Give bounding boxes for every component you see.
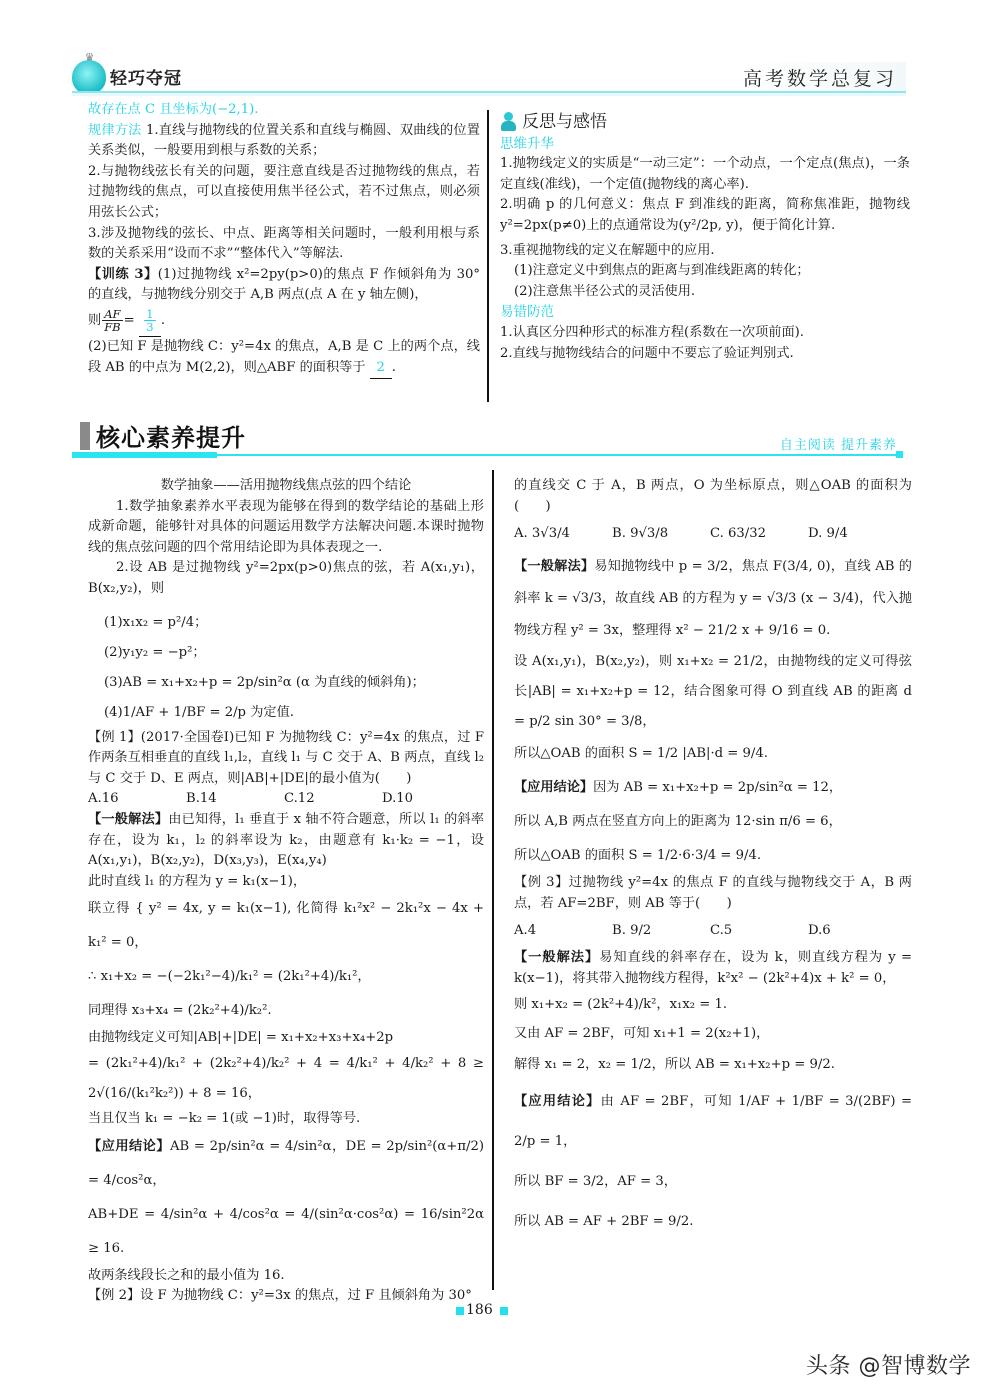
thinking-subitem: (1)注意定义中到焦点的距离与到准线距离的转化； [500,261,910,282]
ratio-denominator: FB [102,321,122,333]
method-label: 规律方法 [88,123,142,138]
solution-line: 此时直线 l₁ 的方程为 y = k₁(x−1)， [88,872,484,893]
answer-blank-1: 13 [139,306,161,337]
solution-line: 设 A(x₁,y₁)，B(x₂,y₂)，则 x₁+x₂ = 21/2，由抛物线的… [514,647,912,737]
error-item: 1.认真区分四种形式的标准方程(系数在一次项前面). [500,323,910,344]
result-item: (3)AB = x₁+x₂+p = 2p/sin²α (α 为直线的倾斜角)； [88,668,484,698]
brand-logo-icon [72,60,106,94]
example-2-start: 【例 2】设 F 为抛物线 C：y²=3x 的焦点，过 F 且倾斜角为 30° [88,1286,484,1307]
intro-paragraph: 1.数学抽象素养水平表现为能够在得到的数学结论的基础上形成新命题，能够针对具体的… [88,497,484,559]
answer-denominator: 3 [144,321,155,333]
application-line: 故两条线段长之和的最小值为 16. [88,1266,484,1287]
option-a: A.4 [514,914,612,948]
section-bar-icon [80,422,90,450]
solution-line: 又由 AF = 2BF，可知 x₁+1 = 2(x₂+1)， [514,1020,912,1048]
solution-line: = (2k₁²+4)/k₁² + (2k₂²+4)/k₂² + 4 = 4/k₁… [88,1049,484,1109]
page-marker-right [500,1307,508,1315]
result-item: (2)y₁y₂ = −p²； [88,638,484,668]
solution-1: 【一般解法】由已知得，l₁ 垂直于 x 轴不符合题意，所以 l₁ 的斜率存在，设… [88,810,484,872]
application-3: 【应用结论】由 AF = 2BF，可知 1/AF + 1/BF = 3/(2BF… [514,1082,912,1162]
page-number: 186 [466,1302,493,1318]
result-item: (1)x₁x₂ = p²/4； [88,608,484,638]
exercise-2-text: (2)已知 F 是抛物线 C：y²=4x 的焦点，A,B 是 C 上的两个点，线… [88,339,480,375]
left-top-column: 故存在点 C 且坐标为(−2,1). 规律方法 1.直线与抛物线的位置关系和直线… [88,100,480,379]
application-line: 所以△OAB 的面积 S = 1/2·6·3/4 = 9/4. [514,839,912,873]
right-main-column: 的直线交 C 于 A，B 两点，O 为坐标原点，则△OAB 的面积为( ) A.… [514,476,912,1242]
example-2-options: A. 3√3/4 B. 9√3/8 C. 63/32 D. 9/4 [514,517,912,551]
solution-line: 联立得 { y² = 4x, y = k₁(x−1), 化简得 k₁²x² − … [88,892,484,960]
solution-2: 【一般解法】易知抛物线中 p = 3/2，焦点 F(3/4, 0)，直线 AB … [514,551,912,647]
solution-line: 同理得 x₃+x₄ = (2k₂²+4)/k₂². [88,994,484,1028]
thinking-item: 1.抛物线定义的实质是“一动三定”：一个动点，一个定点(焦点)，一条定直线(准线… [500,154,910,195]
example-1-options: A.16 B.14 C.12 D.10 [88,789,484,810]
exercise-1: 【训练 3】(1)过抛物线 x²=2py(p>0)的焦点 F 作倾斜角为 30°… [88,265,480,306]
option-b: B.14 [186,789,284,810]
method-item: 3.涉及抛物线的弦长、中点、距离等相关问题时，一般利用根与系数的关系采用“设而不… [88,224,480,265]
errors-label: 易错防范 [500,302,910,323]
solution-label: 【一般解法】 [514,559,594,574]
example-2-continued: 的直线交 C 于 A，B 两点，O 为坐标原点，则△OAB 的面积为( ) [514,476,912,517]
option-c: C.5 [710,914,808,948]
option-b: B. 9/2 [612,914,710,948]
section-end-marker [896,451,903,458]
application-line: AB+DE = 4/sin²α + 4/cos²α = 4/(sin²α·cos… [88,1198,484,1266]
result-item: (4)1/AF + 1/BF = 2/p 为定值. [88,698,484,728]
reflection-title: 反思与感悟 [522,112,607,133]
exercise-1-answer-line: 则AFFB= 13. [88,306,480,337]
left-main-column: 数学抽象——活用抛物线焦点弦的四个结论 1.数学抽象素养水平表现为能够在得到的数… [88,476,484,1307]
method-item: 2.与抛物线弦长有关的问题，要注意直线是否过抛物线的焦点，若过抛物线的焦点，可以… [88,162,480,224]
option-b: B. 9√3/8 [612,517,710,551]
reflection-heading: 反思与感悟 [500,112,910,133]
exercise-2: (2)已知 F 是抛物线 C：y²=4x 的焦点，A,B 是 C 上的两个点，线… [88,337,480,379]
column-divider [492,470,494,1290]
solution-line: 解得 x₁ = 2，x₂ = 1/2，所以 AB = x₁+x₂+p = 9/2… [514,1048,912,1082]
application-line: 所以 BF = 3/2，AF = 3， [514,1162,912,1202]
person-teacher-icon [500,112,518,132]
solution-line: ∴ x₁+x₂ = −(−2k₁²−4)/k₁² = (2k₁²+4)/k₁²， [88,960,484,994]
page-marker-left [456,1307,464,1315]
ratio-prefix: 则 [88,313,101,328]
application-2: 【应用结论】因为 AB = x₁+x₂+p = 2p/sin²α = 12， [514,771,912,805]
header-rule-shadow [72,93,906,96]
solution-3: 【一般解法】易知直线的斜率存在，设为 k，则直线方程为 y = k(x−1)，将… [514,948,912,989]
solution-label: 【一般解法】 [514,950,599,965]
conclusion-line: 故存在点 C 且坐标为(−2,1). [88,100,480,121]
intro-paragraph: 2.设 AB 是过抛物线 y²=2px(p>0)焦点的弦，若 A(x₁,y₁)，… [88,558,484,599]
example-1: 【例 1】(2017·全国卷Ⅰ)已知 F 为抛物线 C：y²=4x 的焦点，过 … [88,728,484,790]
application-line: 所以 AB = AF + 2BF = 9/2. [514,1202,912,1242]
option-a: A. 3√3/4 [514,517,612,551]
option-d: D.10 [382,789,480,810]
answer-blank-2: 2 [370,358,392,380]
application-label: 【应用结论】 [514,780,593,795]
thinking-subitem: (2)注意焦半径公式的灵活使用. [500,282,910,303]
example-3-options: A.4 B. 9/2 C.5 D.6 [514,914,912,948]
section-underline [72,454,902,456]
error-item: 2.直线与抛物线结合的问题中不要忘了验证判别式. [500,344,910,365]
exercise-label: 【训练 3】 [88,267,158,282]
thinking-item: 3.重视抛物线的定义在解题中的应用. [500,241,910,262]
ratio-numerator: AF [102,308,122,321]
equals-sign: = [124,313,135,328]
method-paragraph-1: 规律方法 1.直线与抛物线的位置关系和直线与椭圆、双曲线的位置关系类似，一般要用… [88,121,480,162]
option-a: A.16 [88,789,186,810]
application-line: 所以 A,B 两点在竖直方向上的距离为 12·sin π/6 = 6， [514,805,912,839]
application-label: 【应用结论】 [514,1094,601,1109]
thinking-item: 2.明确 p 的几何意义：焦点 F 到准线的距离，简称焦准距，抛物线 y²=2p… [500,195,910,236]
solution-label: 【一般解法】 [88,812,168,827]
solution-line: 则 x₁+x₂ = (2k²+4)/k²，x₁x₂ = 1. [514,990,912,1020]
option-d: D.6 [808,914,906,948]
section-title: 核心素养提升 [96,418,246,453]
option-c: C.12 [284,789,382,810]
topic-title: 数学抽象——活用抛物线焦点弦的四个结论 [88,476,484,497]
watermark: 头条 @智博数学 [806,1349,971,1380]
answer-numerator: 1 [144,308,155,321]
column-divider [487,110,489,402]
thinking-label: 思维升华 [500,134,910,155]
solution-line: 当且仅当 k₁ = −k₂ = 1(或 −1)时，取得等号. [88,1109,484,1130]
reflection-panel: 反思与感悟 思维升华 1.抛物线定义的实质是“一动三定”：一个动点，一个定点(焦… [500,112,910,364]
book-title: 高考数学总复习 [743,64,897,91]
method-item: 1.直线与抛物线的位置关系和直线与椭圆、双曲线的位置关系类似，一般要用到根与系数… [88,123,480,159]
solution-line: 所以△OAB 的面积 S = 1/2 |AB|·d = 9/4. [514,737,912,771]
application-1: 【应用结论】AB = 2p/sin²α = 4/sin²α，DE = 2p/si… [88,1130,484,1198]
brand-name: 轻巧夺冠 [110,64,182,89]
example-3: 【例 3】过抛物线 y²=4x 的焦点 F 的直线与抛物线交于 A，B 两点，若… [514,873,912,914]
ratio-fraction: AFFB [102,308,122,333]
solution-line: 由抛物线定义可知|AB|+|DE| = x₁+x₂+x₃+x₄+2p [88,1028,484,1049]
option-d: D. 9/4 [808,517,906,551]
application-label: 【应用结论】 [88,1139,170,1154]
application-line: 因为 AB = x₁+x₂+p = 2p/sin²α = 12， [593,780,842,795]
section-subtitle: 自主阅读 提升素养 [780,434,897,453]
option-c: C. 63/32 [710,517,808,551]
